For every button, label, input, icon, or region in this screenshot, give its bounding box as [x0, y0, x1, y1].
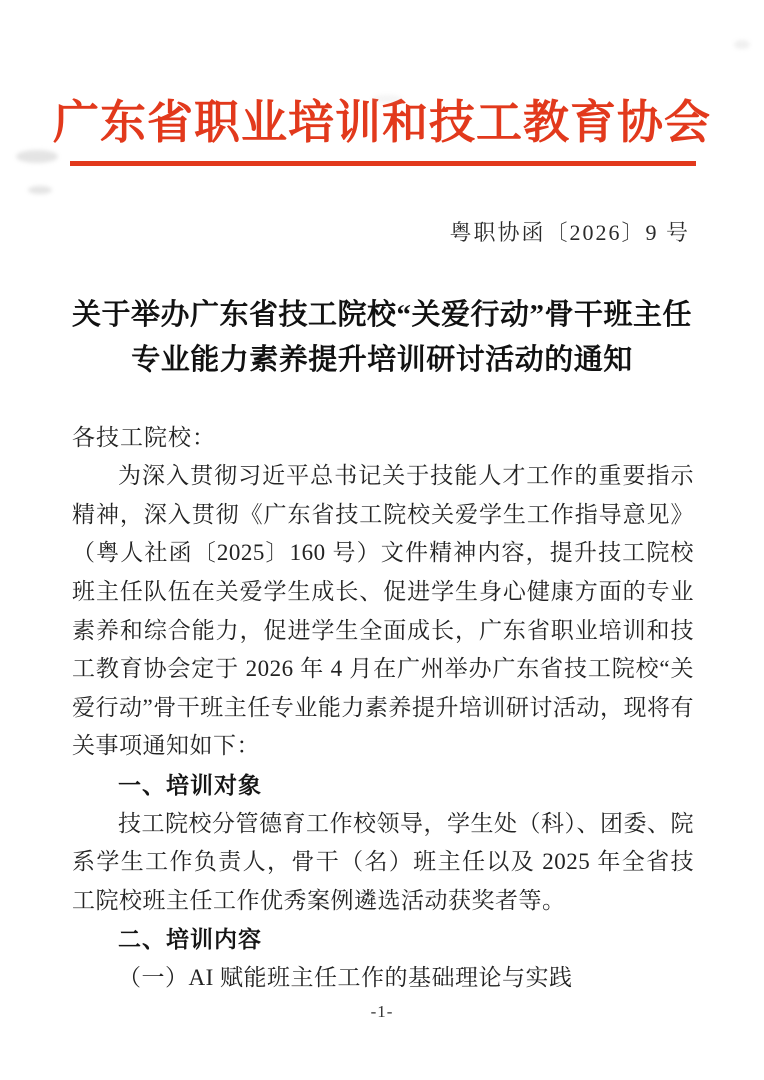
- doc-number: 粤职协函〔2026〕9 号: [0, 216, 764, 247]
- section-heading-1: 一、培训对象: [72, 766, 694, 805]
- body-paragraph-2: 技工院校分管德育工作校领导，学生处（科）、团委、院系学生工作负责人，骨干（名）班…: [72, 805, 694, 921]
- salutation: 各技工院校：: [72, 419, 694, 458]
- scan-smudge: [16, 150, 58, 163]
- scan-smudge: [28, 186, 52, 194]
- letterhead-divider: [70, 161, 696, 166]
- list-item-1: （一）AI 赋能班主任工作的基础理论与实践: [72, 959, 694, 998]
- document-page: 广东省职业培训和技工教育协会 粤职协函〔2026〕9 号 关于举办广东省技工院校…: [0, 0, 764, 1080]
- doc-title-line-1: 关于举办广东省技工院校“关爱行动”骨干班主任: [0, 293, 764, 338]
- body-paragraph-1: 为深入贯彻习近平总书记关于技能人才工作的重要指示精神，深入贯彻《广东省技工院校关…: [72, 457, 694, 766]
- doc-title-line-2: 专业能力素养提升培训研讨活动的通知: [0, 338, 764, 383]
- document-body: 各技工院校： 为深入贯彻习近平总书记关于技能人才工作的重要指示精神，深入贯彻《广…: [72, 419, 694, 998]
- scan-smudge: [372, 95, 402, 103]
- section-heading-2: 二、培训内容: [72, 920, 694, 959]
- scan-smudge: [734, 40, 750, 49]
- page-number: -1-: [0, 1002, 764, 1022]
- letterhead-org-name: 广东省职业培训和技工教育协会: [0, 98, 764, 149]
- doc-title: 关于举办广东省技工院校“关爱行动”骨干班主任 专业能力素养提升培训研讨活动的通知: [0, 293, 764, 383]
